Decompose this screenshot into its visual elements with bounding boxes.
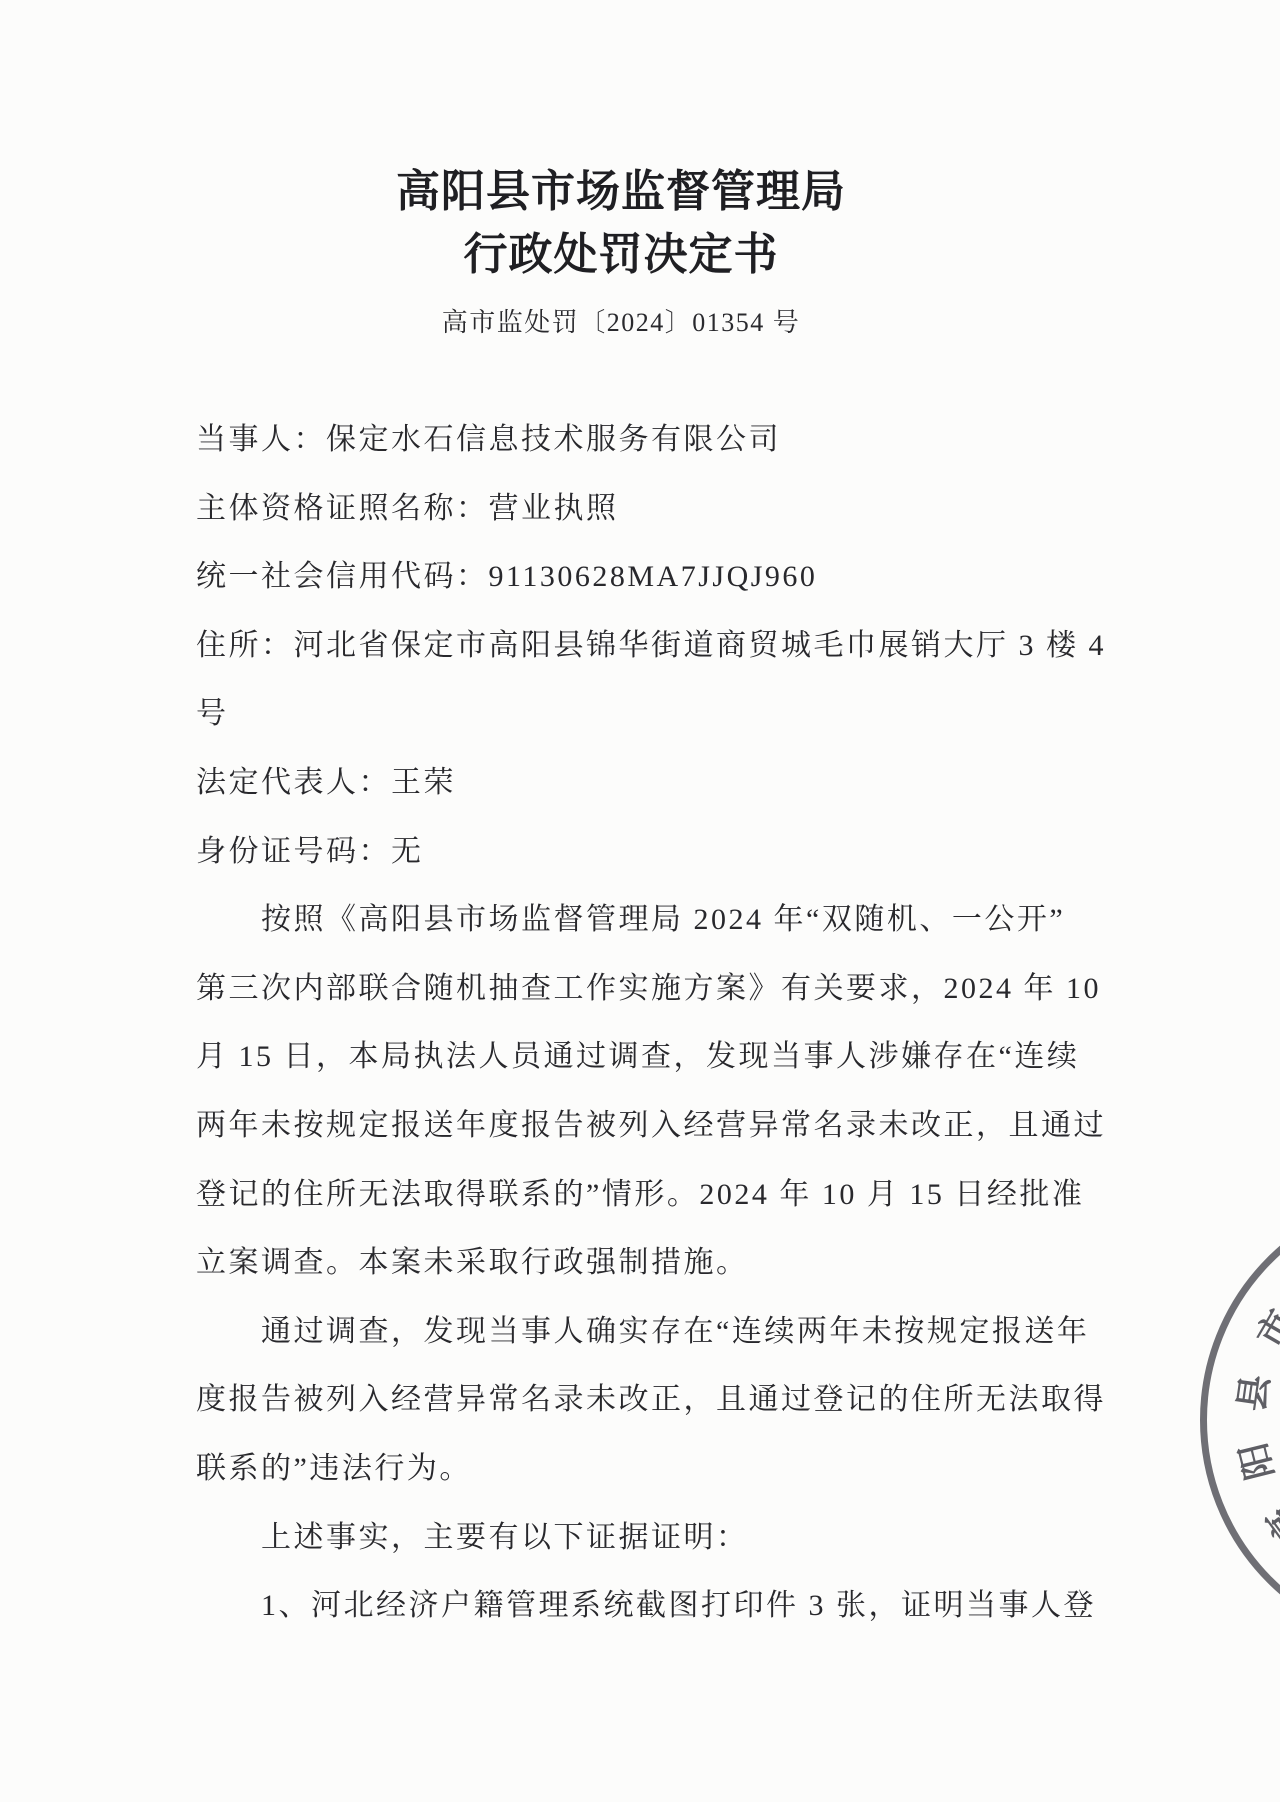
body-text-line: 通过调查，发现当事人确实存在“连续两年未按规定报送年 [196, 1298, 1116, 1367]
body-text-line: 两年未按规定报送年度报告被列入经营异常名录未改正，且通过 [196, 1092, 1116, 1161]
body-text-line: 月 15 日，本局执法人员通过调查，发现当事人涉嫌存在“连续 [196, 1023, 1116, 1092]
body-text-line: 统一社会信用代码：91130628MA7JJQJ960 [196, 543, 1116, 612]
body-text-line: 身份证号码：无 [196, 818, 1116, 887]
body-text-line: 度报告被列入经营异常名录未改正，且通过登记的住所无法取得 [196, 1366, 1116, 1435]
seal-character: 县 [1234, 1373, 1275, 1414]
body-text-line: 联系的”违法行为。 [196, 1435, 1116, 1504]
body-text-line: 号 [196, 680, 1116, 749]
document-title-line-1: 高阳县市场监督管理局 [196, 160, 1046, 223]
body-text-line: 上述事实，主要有以下证据证明： [196, 1504, 1116, 1573]
seal-ring-icon [1200, 1190, 1280, 1650]
body-text-line: 当事人：保定水石信息技术服务有限公司 [196, 406, 1116, 475]
scanned-document-page: 高阳县市场监督管理局 行政处罚决定书 高市监处罚〔2024〕01354 号 当事… [0, 0, 1280, 1802]
body-text-line: 1、河北经济户籍管理系统截图打印件 3 张，证明当事人登 [196, 1572, 1116, 1641]
body-text-line: 住所：河北省保定市高阳县锦华街道商贸城毛巾展销大厅 3 楼 4 [196, 612, 1116, 681]
body-text-line: 按照《高阳县市场监督管理局 2024 年“双随机、一公开” [196, 886, 1116, 955]
document-header: 高阳县市场监督管理局 行政处罚决定书 高市监处罚〔2024〕01354 号 [196, 160, 1046, 339]
document-body: 当事人：保定水石信息技术服务有限公司主体资格证照名称：营业执照统一社会信用代码：… [196, 406, 1116, 1641]
body-text-line: 主体资格证照名称：营业执照 [196, 475, 1116, 544]
document-title-line-2: 行政处罚决定书 [196, 223, 1046, 286]
body-text-line: 立案调查。本案未采取行政强制措施。 [196, 1229, 1116, 1298]
document-number: 高市监处罚〔2024〕01354 号 [196, 302, 1046, 339]
body-text-line: 第三次内部联合随机抽查工作实施方案》有关要求，2024 年 10 [196, 955, 1116, 1024]
body-text-line: 登记的住所无法取得联系的”情形。2024 年 10 月 15 日经批准 [196, 1161, 1116, 1230]
body-text-line: 法定代表人：王荣 [196, 749, 1116, 818]
official-seal-partial: 市县阳高 [1200, 1190, 1280, 1650]
